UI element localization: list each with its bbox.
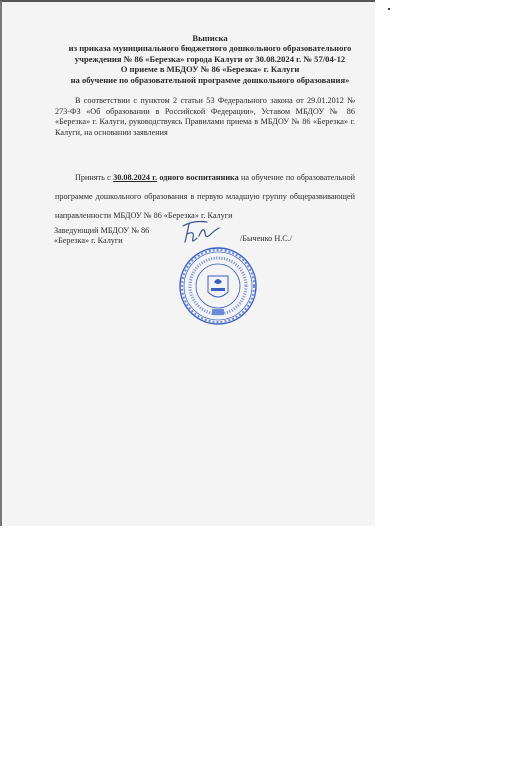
- signature-icon: [175, 218, 225, 248]
- header-order-line: из приказа муниципального бюджетного дош…: [40, 43, 380, 53]
- document-header: Выписка из приказа муниципального бюджет…: [40, 33, 380, 85]
- header-title: Выписка: [40, 33, 380, 43]
- signer-name: /Быченко Н.С./: [240, 234, 292, 243]
- decision-prefix: Принять с: [75, 173, 113, 182]
- header-subject: О приеме в МБДОУ № 86 «Березка» г. Калуг…: [40, 64, 380, 74]
- signer-position-line1: Заведующий МБДОУ № 86: [54, 226, 149, 236]
- signer-position-line2: «Березка» г. Калуги: [54, 236, 149, 246]
- scan-speck: [388, 8, 390, 10]
- header-program: на обучение по образовательной программе…: [40, 75, 380, 85]
- basis-paragraph: В соответствии с пунктом 2 статьи 53 Фед…: [55, 96, 355, 138]
- header-order-number: учреждения № 86 «Березка» города Калуги …: [40, 54, 380, 64]
- basis-text: В соответствии с пунктом 2 статьи 53 Фед…: [55, 96, 355, 137]
- decision-paragraph: Принять с 30.08.2024 г. одного воспитанн…: [55, 168, 355, 225]
- decision-date: 30.08.2024 г.: [113, 173, 157, 182]
- decision-count: одного воспитанника: [159, 173, 238, 182]
- signer-position: Заведующий МБДОУ № 86 «Березка» г. Калуг…: [54, 226, 149, 246]
- official-stamp-icon: [178, 246, 258, 326]
